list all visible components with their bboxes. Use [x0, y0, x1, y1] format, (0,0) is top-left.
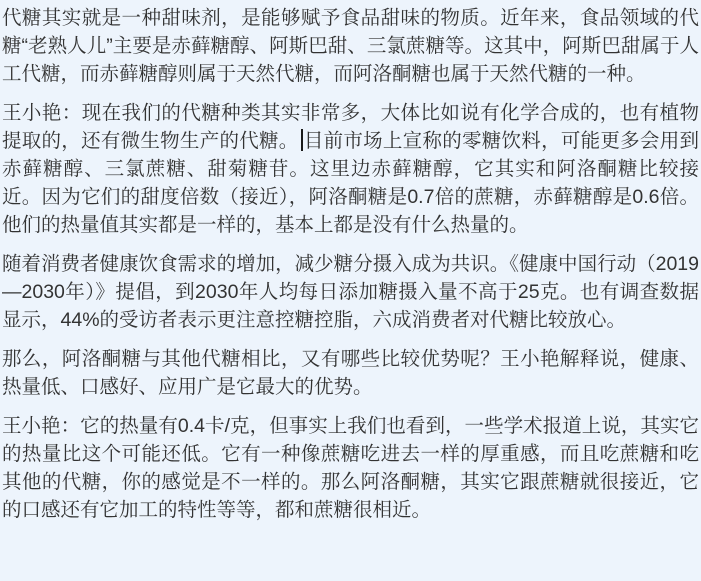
- paragraph-advantages: 那么，阿洛酮糖与其他代糖相比，又有哪些比较优势呢？王小艳解释说，健康、热量低、口…: [2, 345, 699, 401]
- article-text-editor[interactable]: 代糖其实就是一种甜味剂，是能够赋予食品甜味的物质。近年来，食品领域的代糖“老熟人…: [0, 0, 701, 581]
- paragraph-wang-xiaoyan-1: 王小艳：现在我们的代糖种类其实非常多，大体比如说有化学合成的，也有植物提取的，还…: [2, 99, 699, 239]
- paragraph-intro: 代糖其实就是一种甜味剂，是能够赋予食品甜味的物质。近年来，食品领域的代糖“老熟人…: [2, 4, 699, 88]
- paragraph-wang-xiaoyan-2: 王小艳：它的热量有0.4卡/克，但事实上我们也看到，一些学术报道上说，其实它的热…: [2, 412, 699, 524]
- text-caret: [301, 129, 303, 151]
- paragraph-health-policy: 随着消费者健康饮食需求的增加，减少糖分摄入成为共识。《健康中国行动（2019—2…: [2, 250, 699, 334]
